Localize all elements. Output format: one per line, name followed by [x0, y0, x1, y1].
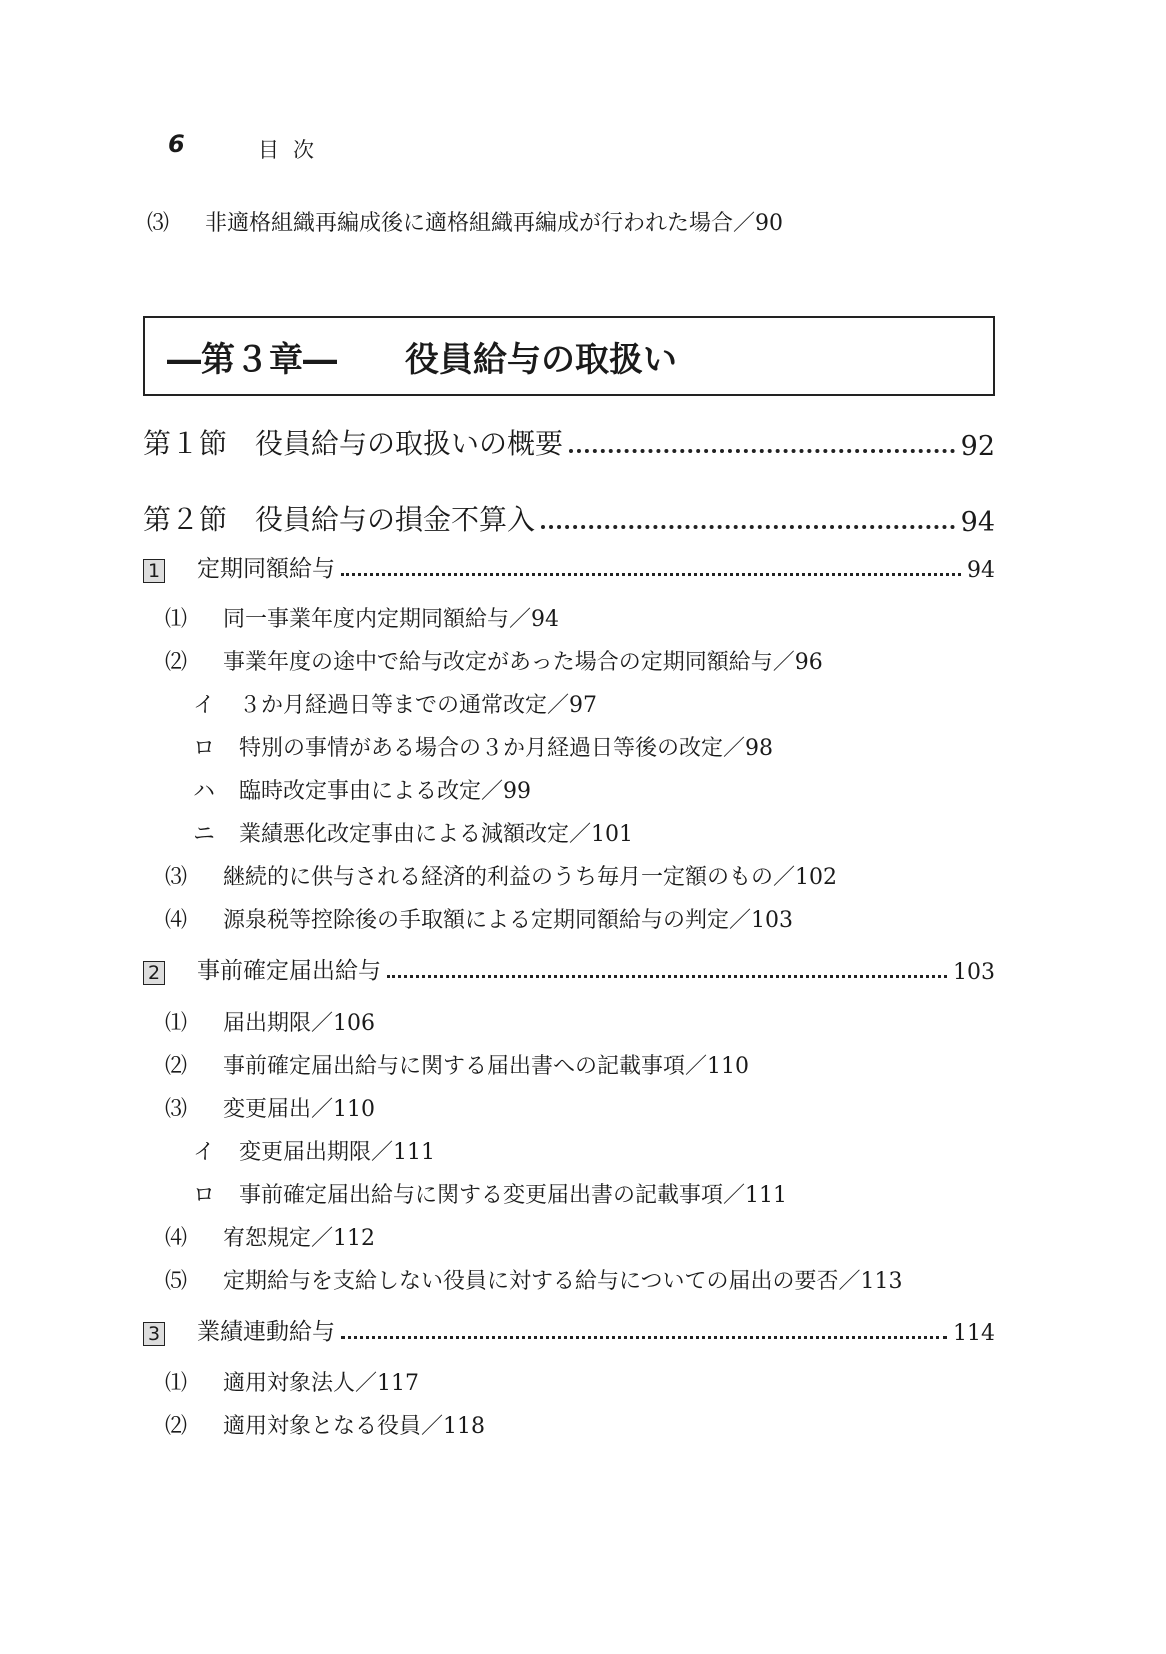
entry-marker: ⑵ [165, 1049, 223, 1080]
entry-text: 継続的に供与される経済的利益のうち毎月一定額のもの／102 [223, 865, 837, 890]
entry-text: 変更届出期限／111 [239, 1140, 435, 1165]
entry-marker: ⑷ [165, 1221, 223, 1252]
entry-text: 特別の事情がある場合の３か月経過日等後の改定／98 [239, 736, 773, 761]
toc-entry[interactable]: ⑶非適格組織再編成後に適格組織再編成が行われた場合／90 [147, 206, 783, 237]
toc-entry[interactable]: ⑴適用対象法人／117 [165, 1366, 419, 1397]
entry-text: 事前確定届出給与に関する届出書への記載事項／110 [223, 1054, 749, 1079]
toc-entry[interactable]: ロ特別の事情がある場合の３か月経過日等後の改定／98 [193, 731, 773, 762]
subsection-page: 103 [953, 960, 995, 985]
subsection-title: 業績連動給与 [197, 1313, 335, 1346]
entry-marker: ⑶ [165, 1092, 223, 1123]
entry-marker: ロ [193, 1178, 239, 1209]
entry-marker: ⑴ [165, 1006, 223, 1037]
toc-entry[interactable]: ⑴届出期限／106 [165, 1006, 375, 1037]
toc-entry[interactable]: ⑵適用対象となる役員／118 [165, 1409, 485, 1440]
entry-marker: ⑶ [165, 860, 223, 891]
toc-entry[interactable]: ⑴同一事業年度内定期同額給与／94 [165, 602, 559, 633]
leader-dots [387, 975, 947, 978]
entry-text: 宥恕規定／112 [223, 1226, 375, 1251]
toc-entry[interactable]: ハ臨時改定事由による改定／99 [193, 774, 531, 805]
toc-entry[interactable]: イ３か月経過日等までの通常改定／97 [193, 688, 597, 719]
subsection-page: 94 [967, 558, 995, 583]
section-page: 92 [961, 431, 995, 462]
chapter-heading-box: ―第３章―役員給与の取扱い [143, 316, 995, 396]
toc-entry[interactable]: ⑶変更届出／110 [165, 1092, 375, 1123]
leader-dots [541, 525, 955, 529]
entry-text: 業績悪化改定事由による減額改定／101 [239, 822, 633, 847]
leader-dots [341, 573, 961, 576]
section-page: 94 [961, 507, 995, 538]
entry-text: 事前確定届出給与に関する変更届出書の記載事項／111 [239, 1183, 787, 1208]
section-label: 第１節 役員給与の取扱いの概要 [143, 422, 563, 462]
running-header-title: 目次 [258, 134, 328, 164]
subsection-title: 定期同額給与 [197, 550, 335, 583]
entry-text: 変更届出／110 [223, 1097, 375, 1122]
toc-entry[interactable]: ⑸定期給与を支給しない役員に対する給与についての届出の要否／113 [165, 1264, 903, 1295]
toc-entry[interactable]: ⑵事業年度の途中で給与改定があった場合の定期同額給与／96 [165, 645, 823, 676]
entry-marker: ⑴ [165, 1366, 223, 1397]
entry-marker: ⑵ [165, 1409, 223, 1440]
entry-text: ３か月経過日等までの通常改定／97 [239, 693, 597, 718]
section-label: 第２節 役員給与の損金不算入 [143, 498, 535, 538]
chapter-title: 役員給与の取扱い [405, 340, 677, 380]
chapter-label: ―第３章― [167, 332, 405, 381]
subsection-number-box: 2 [143, 961, 165, 985]
toc-entry[interactable]: ⑷宥恕規定／112 [165, 1221, 375, 1252]
leader-dots [569, 449, 955, 453]
toc-entry[interactable]: イ変更届出期限／111 [193, 1135, 435, 1166]
entry-marker: ハ [193, 774, 239, 805]
subsection-title: 事前確定届出給与 [197, 952, 381, 985]
toc-subsection[interactable]: 3 業績連動給与 114 [143, 1313, 995, 1346]
toc-entry[interactable]: ロ事前確定届出給与に関する変更届出書の記載事項／111 [193, 1178, 787, 1209]
entry-text: 適用対象法人／117 [223, 1371, 419, 1396]
entry-text: 適用対象となる役員／118 [223, 1414, 485, 1439]
entry-marker: ⑶ [147, 206, 205, 237]
entry-marker: イ [193, 1135, 239, 1166]
entry-text: 届出期限／106 [223, 1011, 375, 1036]
entry-marker: イ [193, 688, 239, 719]
subsection-page: 114 [953, 1321, 995, 1346]
toc-subsection[interactable]: 2 事前確定届出給与 103 [143, 952, 995, 985]
leader-dots [341, 1336, 947, 1339]
page-number: 6 [168, 130, 185, 158]
toc-entry[interactable]: ニ業績悪化改定事由による減額改定／101 [193, 817, 633, 848]
entry-text: 臨時改定事由による改定／99 [239, 779, 531, 804]
toc-section[interactable]: 第１節 役員給与の取扱いの概要 92 [143, 422, 995, 462]
toc-section[interactable]: 第２節 役員給与の損金不算入 94 [143, 498, 995, 538]
toc-entry[interactable]: ⑵事前確定届出給与に関する届出書への記載事項／110 [165, 1049, 749, 1080]
entry-marker: ⑴ [165, 602, 223, 633]
entry-marker: ⑵ [165, 645, 223, 676]
subsection-number-box: 3 [143, 1322, 165, 1346]
entry-marker: ⑷ [165, 903, 223, 934]
entry-text: 定期給与を支給しない役員に対する給与についての届出の要否／113 [223, 1269, 903, 1294]
toc-entry[interactable]: ⑶継続的に供与される経済的利益のうち毎月一定額のもの／102 [165, 860, 837, 891]
subsection-number-box: 1 [143, 559, 165, 583]
entry-marker: ⑸ [165, 1264, 223, 1295]
entry-text: 同一事業年度内定期同額給与／94 [223, 607, 559, 632]
toc-subsection[interactable]: 1 定期同額給与 94 [143, 550, 995, 583]
entry-text: 源泉税等控除後の手取額による定期同額給与の判定／103 [223, 908, 793, 933]
toc-entry[interactable]: ⑷源泉税等控除後の手取額による定期同額給与の判定／103 [165, 903, 793, 934]
entry-text: 非適格組織再編成後に適格組織再編成が行われた場合／90 [205, 211, 783, 236]
entry-text: 事業年度の途中で給与改定があった場合の定期同額給与／96 [223, 650, 823, 675]
entry-marker: ロ [193, 731, 239, 762]
entry-marker: ニ [193, 817, 239, 848]
